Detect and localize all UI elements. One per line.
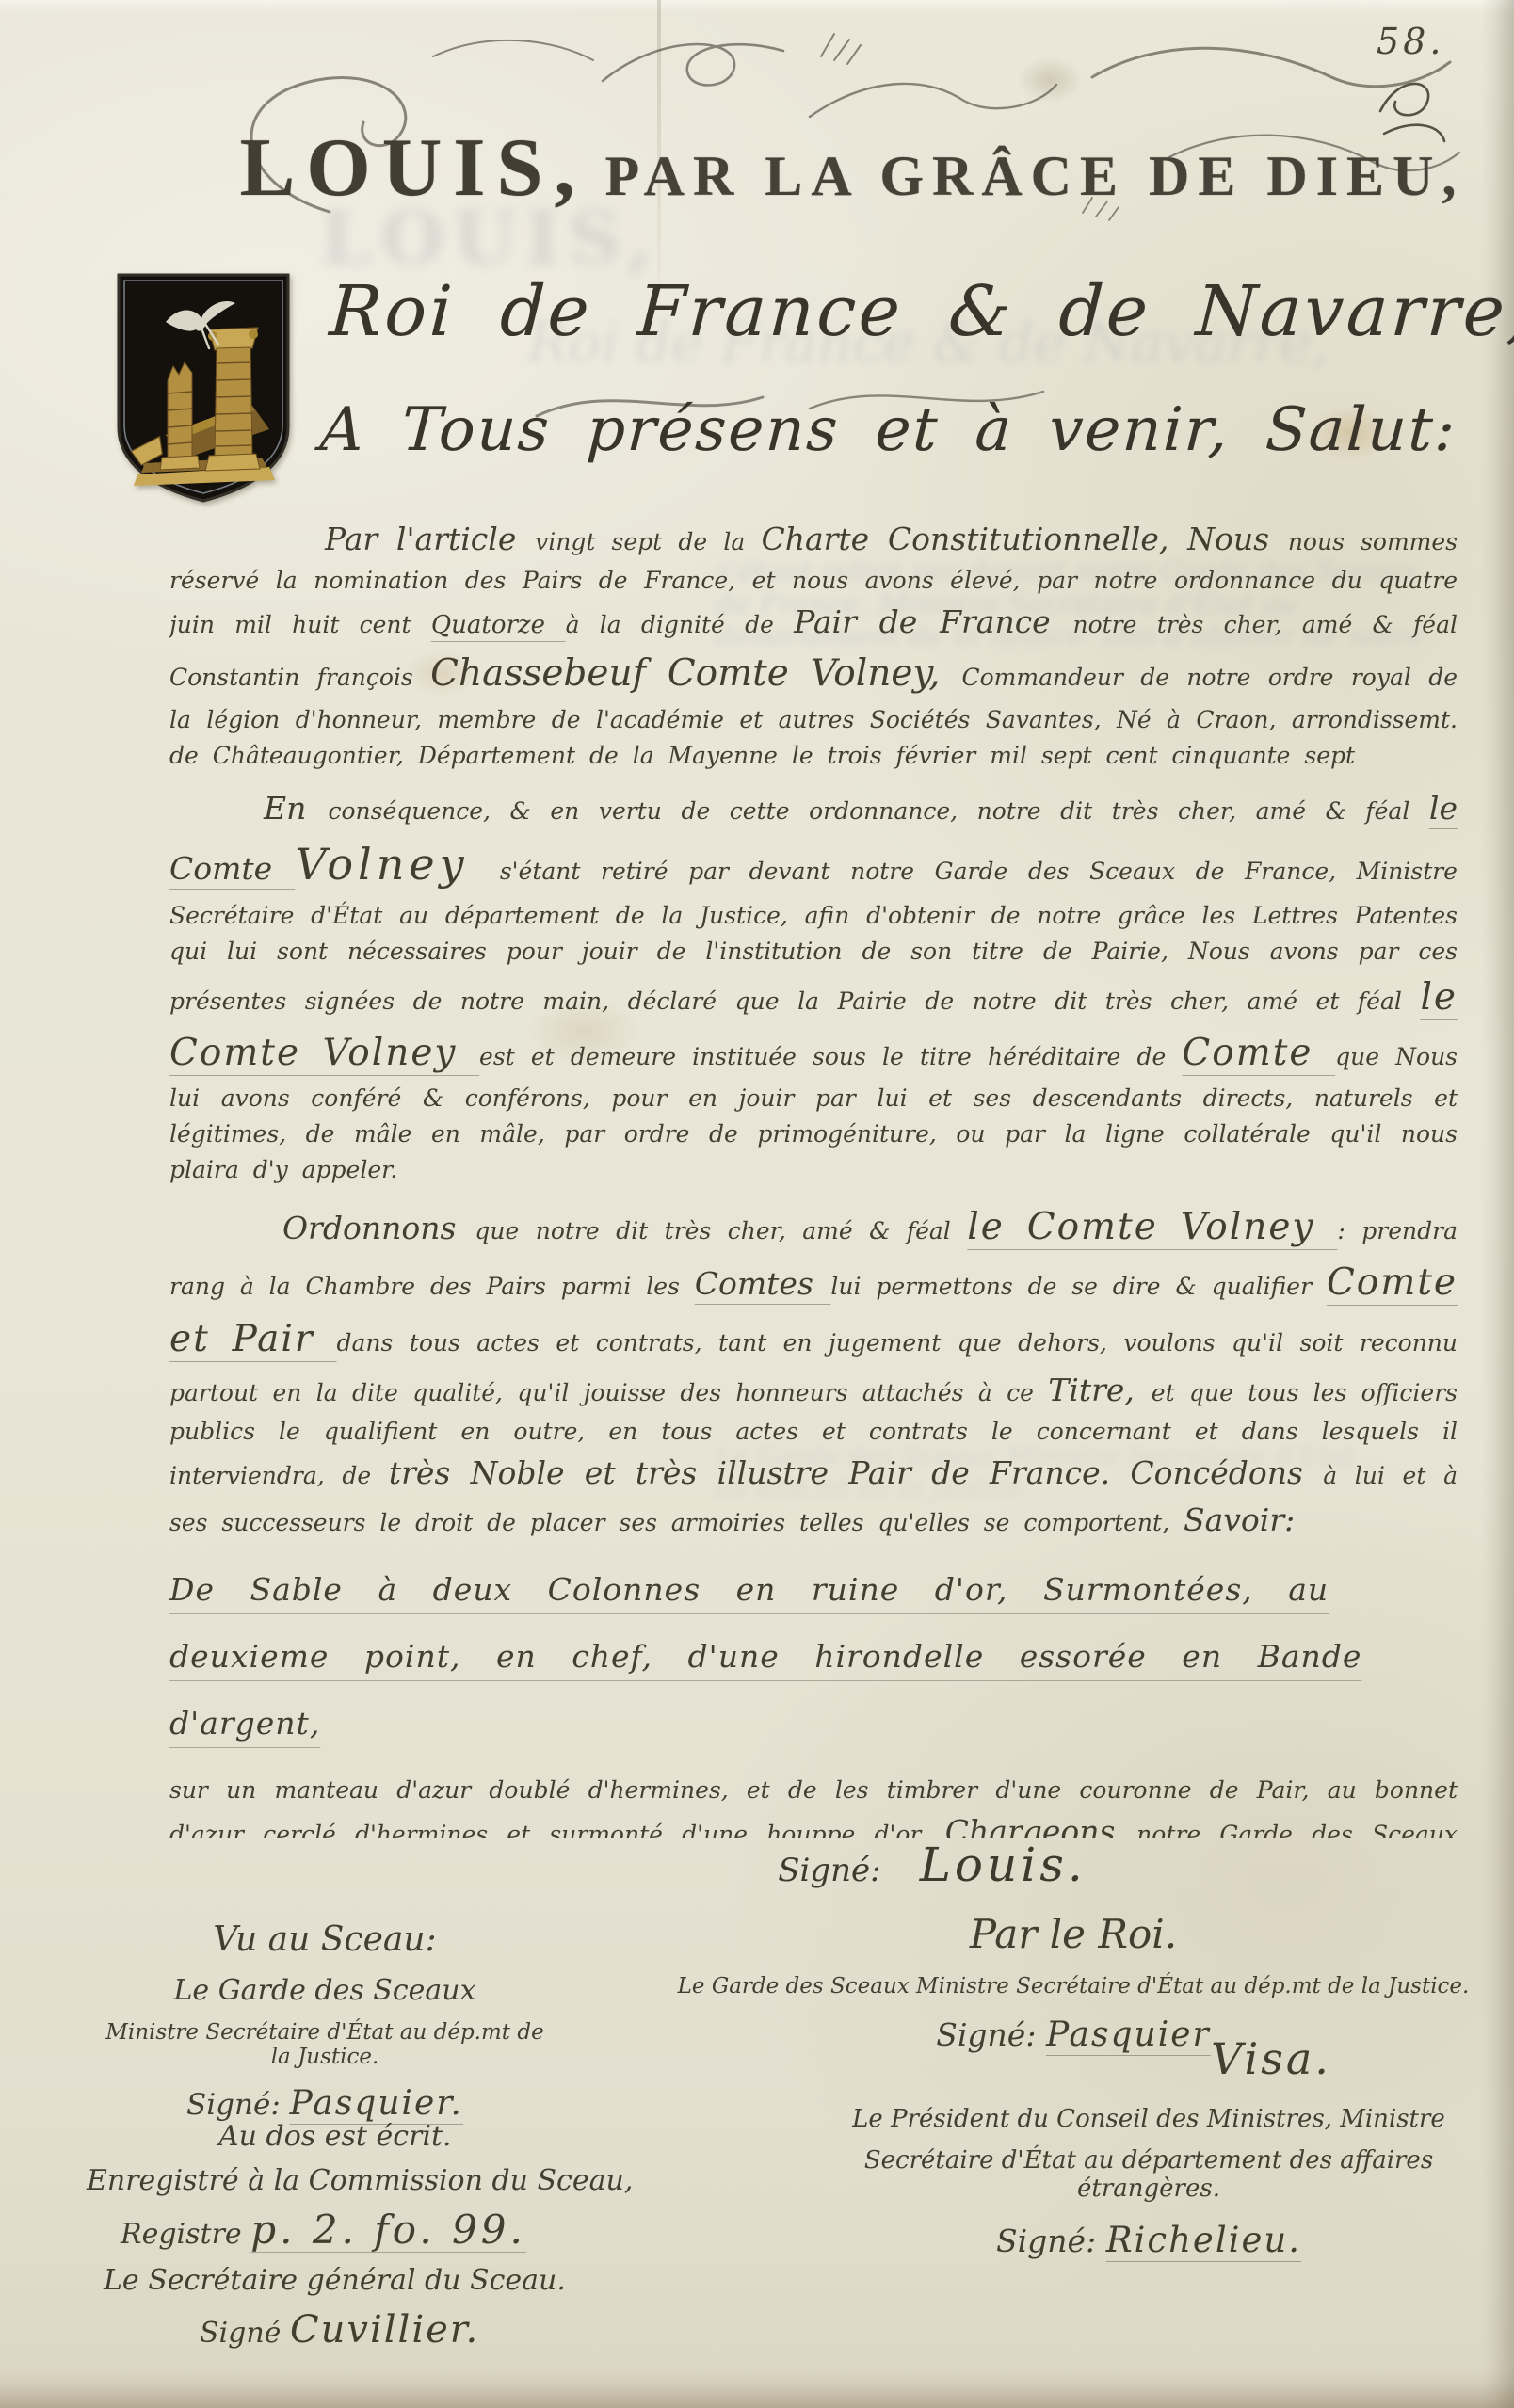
text-segment: Savoir: — [1184, 1501, 1295, 1538]
text-segment: Comte — [1182, 1032, 1335, 1074]
text-segment: Nous — [1187, 521, 1288, 557]
text-segment: conséquence, & en vertu de cette ordonna… — [328, 797, 1428, 825]
page-edge-bottom — [0, 2368, 1514, 2408]
signature-name: Cuvillier. — [290, 2308, 479, 2352]
signed-label: Signé: — [186, 2088, 281, 2122]
page-edge-top — [0, 0, 1514, 13]
signature-name: Pasquier. — [290, 2084, 463, 2123]
text-segment: est et demeure instituée sous le titre h… — [479, 1043, 1182, 1070]
signature-line: Le Président du Conseil des Ministres, M… — [810, 2105, 1488, 2133]
text-segment: à la dignité de — [566, 611, 795, 638]
registration-register-line: Registre p. 2. fo. 99. — [121, 2207, 652, 2253]
paragraph-charte: Par l'article vingt sept de la Charte Co… — [169, 516, 1458, 774]
document-body: Par l'article vingt sept de la Charte Co… — [169, 516, 1458, 1838]
text-segment: De Sable à deux Colonnes en ruine d'or, … — [169, 1571, 1361, 1742]
title-roi-de-france: Roi de France & de Navarre, — [328, 271, 1481, 352]
text-segment: Titre, — [1048, 1372, 1152, 1408]
signed-line: Signé Cuvillier. — [200, 2308, 652, 2352]
signed-label: Signé: — [778, 1852, 880, 1889]
registration-line: Le Secrétaire général du Sceau. — [104, 2264, 652, 2297]
salutation-line: A Tous présens et à venir, Salut: — [318, 395, 1490, 465]
text-segment: En — [264, 790, 328, 827]
text-segment: le Comte Volney — [967, 1206, 1337, 1248]
register-value: p. 2. fo. 99. — [250, 2207, 526, 2253]
text-segment: Volney — [295, 839, 500, 890]
text-segment: Pair de France — [794, 603, 1072, 640]
text-segment: Quatorze — [431, 611, 566, 639]
shield-icon — [111, 269, 296, 506]
signature-line: Le Garde des Sceaux Ministre Secrétaire … — [659, 1974, 1488, 1999]
signature-line: Secrétaire d'État au département des aff… — [810, 2146, 1488, 2203]
signed-line: Signé: Richelieu. — [810, 2220, 1488, 2260]
text-segment: très Noble et très illustre Pair de Fran… — [389, 1454, 1131, 1491]
letters-patent-page: LOUIS, Roi de France & de Navarre, s'éta… — [0, 0, 1514, 2408]
signature-name: Richelieu. — [1106, 2220, 1301, 2260]
registration-line: Enregistré à la Commission du Sceau, — [87, 2164, 652, 2197]
text-segment: que notre dit très cher, amé & féal — [475, 1217, 967, 1244]
text-segment: Chargeons — [945, 1813, 1136, 1838]
coat-of-arms — [111, 269, 296, 506]
title-by-grace-of-god: PAR LA GRÂCE DE DIEU, — [604, 144, 1464, 209]
king-name-title: LOUIS, — [240, 120, 587, 216]
text-segment: Chassebeuf Comte Volney, — [430, 652, 961, 695]
registration-line: Au dos est écrit. — [218, 2120, 652, 2153]
royal-signature: Signé: Louis. — [603, 1838, 1262, 1892]
signed-label: Signé: — [996, 2223, 1096, 2259]
visa-heading: Visa. — [1055, 2033, 1488, 2084]
par-le-roi-heading: Par le Roi. — [659, 1911, 1488, 1957]
king-signature-name: Louis. — [920, 1838, 1087, 1892]
paragraph-consequence: En conséquence, & en vertu de cette ordo… — [169, 785, 1458, 1189]
text-segment: Ordonnons — [282, 1210, 475, 1246]
paragraph-ordonnons: Ordonnons que notre dit très cher, amé &… — [169, 1199, 1458, 1544]
signed-label: Signé — [200, 2317, 281, 2350]
text-segment: Charte Constitutionnelle, — [761, 521, 1187, 557]
text-segment: vingt sept de la — [535, 528, 761, 555]
register-label: Registre — [121, 2218, 242, 2251]
signed-line: Signé: Pasquier. — [104, 2084, 546, 2123]
signature-line: Le Garde des Sceaux — [104, 1974, 546, 2007]
text-segment: Comtes — [695, 1265, 831, 1302]
document-title: LOUIS, PAR LA GRÂCE DE DIEU, — [235, 120, 1469, 216]
paragraph-blazon: De Sable à deux Colonnes en ruine d'or, … — [169, 1557, 1458, 1758]
visa-block: Visa. Le Président du Conseil des Minist… — [810, 2033, 1488, 2260]
paragraph-manteau: sur un manteau d'azur doublé d'hermines,… — [169, 1773, 1458, 1838]
vu-au-sceau-heading: Vu au Sceau: — [104, 1920, 546, 1959]
registration-block: Au dos est écrit. Enregistré à la Commis… — [87, 2120, 652, 2352]
text-segment: Par l'article — [325, 521, 535, 557]
signature-line: Ministre Secrétaire d'État au dép.mt de … — [104, 2020, 546, 2069]
text-segment: lui permettons de se dire & qualifier — [830, 1273, 1327, 1300]
text-segment: Concédons — [1130, 1454, 1323, 1491]
seal-attestation-block: Vu au Sceau: Le Garde des Sceaux Ministr… — [104, 1920, 546, 2123]
